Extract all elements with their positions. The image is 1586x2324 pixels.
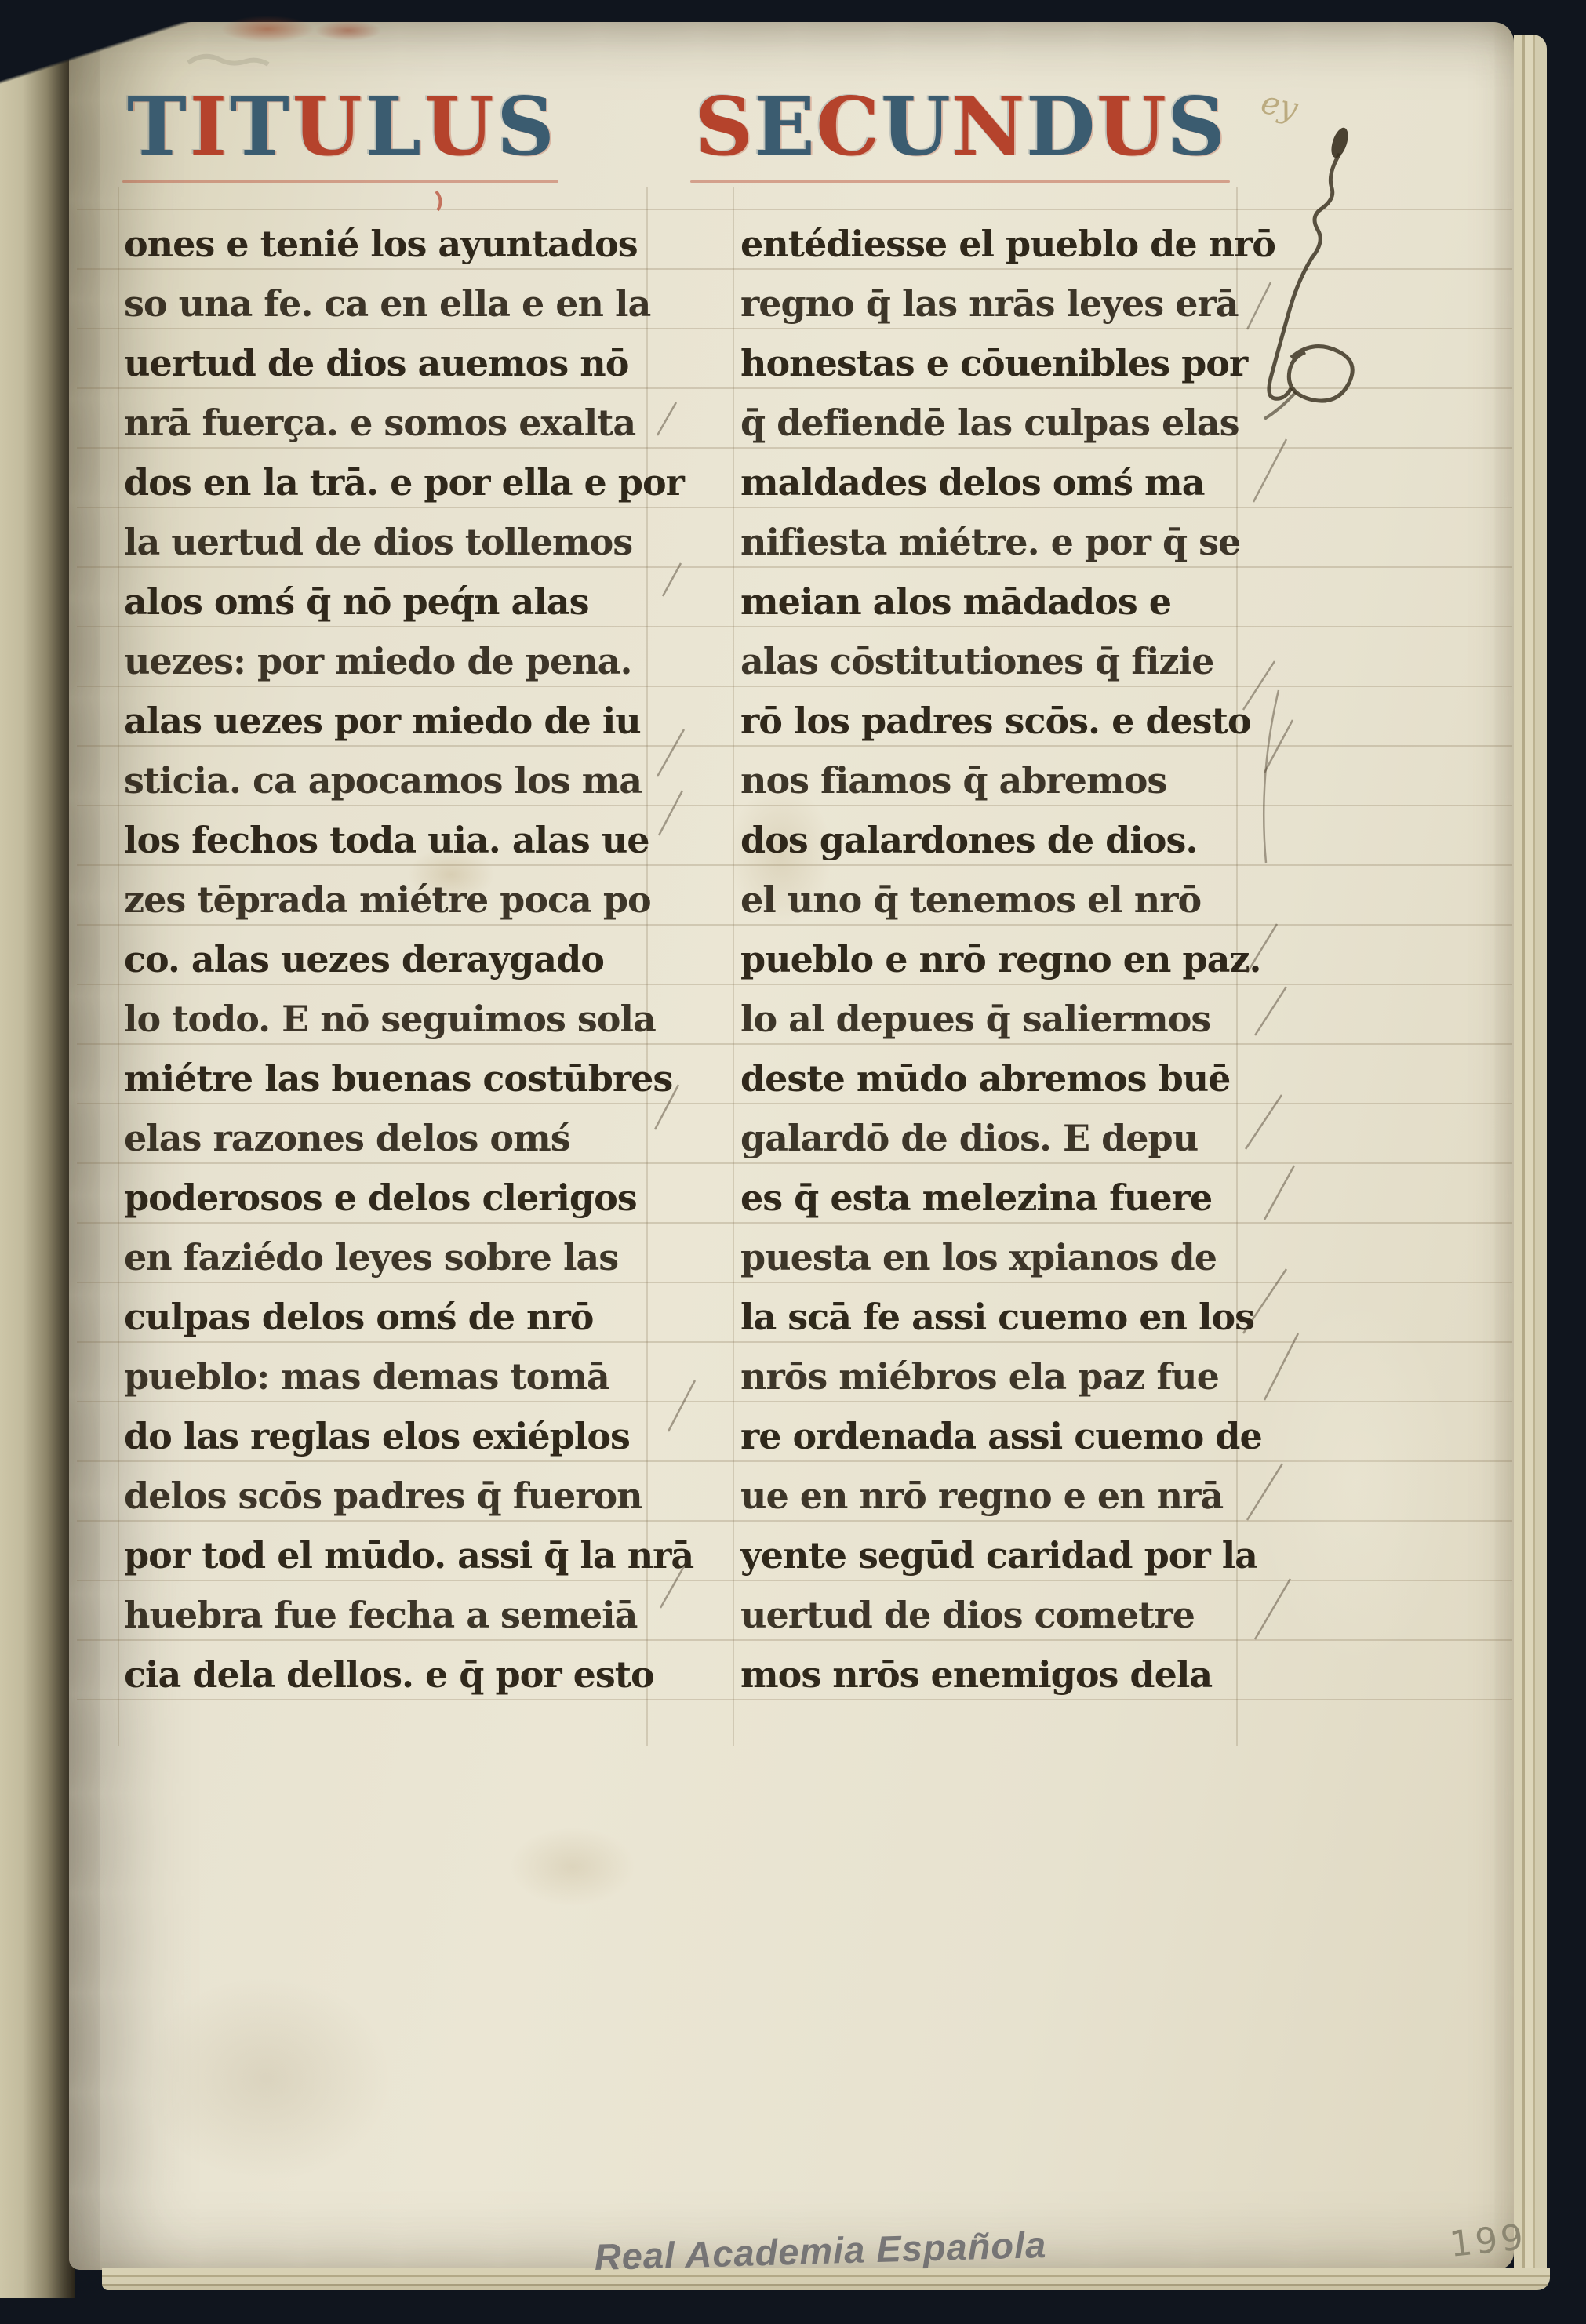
title-letter: U: [1097, 83, 1166, 171]
title-letter: S: [497, 83, 555, 171]
manuscript-line: miétre las buenas costūbres: [124, 1051, 651, 1111]
manuscript-line: honestas e cōuenibles por: [740, 336, 1258, 395]
manuscript-line: uertud de dios auemos nō: [124, 336, 651, 395]
manuscript-line: uertud de dios cometre: [740, 1588, 1258, 1647]
manuscript-line: alos omś q̄ nō peq́n alas: [124, 574, 651, 634]
manuscript-line: mos nrōs enemigos dela: [740, 1647, 1258, 1707]
manuscript-line: re ordenada assi cuemo de: [740, 1409, 1258, 1468]
quire-mark: ey: [1258, 85, 1301, 128]
manuscript-line: regno q̄ las nrās leyes erā: [740, 276, 1258, 336]
manuscript-photo: { "page": { "colors": { "title_red": "#b…: [0, 0, 1586, 2324]
manuscript-line: dos galardones de dios.: [740, 813, 1258, 872]
manuscript-line: puesta en los xpianos de: [740, 1230, 1258, 1289]
text-column-left: ones e tenié los ayuntadosso una fe. ca …: [124, 216, 651, 1707]
title-letter: E: [754, 83, 815, 171]
manuscript-line: nrā fuerça. e somos exalta: [124, 395, 651, 455]
manuscript-line: sticia. ca apocamos los ma: [124, 753, 651, 813]
manuscript-line: la scā fe assi cuemo en los: [740, 1289, 1258, 1349]
manuscript-line: lo todo. E nō seguimos sola: [124, 991, 651, 1051]
title-penwork-underline: [122, 180, 558, 183]
ruling-line-vertical: [733, 187, 734, 1746]
title-letter: T: [127, 83, 187, 171]
manuscript-line: ue en nrō regno e en nrā: [740, 1468, 1258, 1528]
title-letter: S: [1167, 83, 1225, 171]
manuscript-line: la uertud de dios tollemos: [124, 515, 651, 574]
manuscript-line: elas razones delos omś: [124, 1111, 651, 1170]
manuscript-line: q̄ defiendē las culpas elas: [740, 395, 1258, 455]
manuscript-line: deste mūdo abremos buē: [740, 1051, 1258, 1111]
manuscript-line: do las reglas elos exiéplos: [124, 1409, 651, 1468]
manuscript-line: zes tēprada miétre poca po: [124, 872, 651, 932]
manuscript-line: nos fiamos q̄ abremos: [740, 753, 1258, 813]
manuscript-line: pueblo: mas demas tomā: [124, 1349, 651, 1409]
manuscript-line: en faziédo leyes sobre las: [124, 1230, 651, 1289]
text-column-right: entédiesse el pueblo de nrōregno q̄ las …: [740, 216, 1258, 1707]
manuscript-line: galardō de dios. E depu: [740, 1111, 1258, 1170]
manuscript-line: nrōs miébros ela paz fue: [740, 1349, 1258, 1409]
title-letter: C: [816, 83, 879, 171]
manuscript-line: lo al depues q̄ saliermos: [740, 991, 1258, 1051]
title-letter: D: [1026, 83, 1095, 171]
manuscript-line: rō los padres scōs. e desto: [740, 693, 1258, 753]
manuscript-line: huebra fue fecha a semeiā: [124, 1588, 651, 1647]
folio-number: 199: [1447, 2216, 1528, 2265]
manuscript-line: meian alos mādados e: [740, 574, 1258, 634]
title-letter: I: [190, 83, 227, 171]
title-letter: U: [424, 83, 494, 171]
title-word-titulus: TITULUS: [127, 83, 555, 182]
manuscript-line: pueblo e nrō regno en paz.: [740, 932, 1258, 991]
manuscript-line: so una fe. ca en ella e en la: [124, 276, 651, 336]
manuscript-line: alas cōstitutiones q̄ fizie: [740, 634, 1258, 693]
manuscript-line: culpas delos omś de nrō: [124, 1289, 651, 1349]
manuscript-line: poderosos e delos clerigos: [124, 1170, 651, 1230]
page-stack-edge-right: [1514, 35, 1547, 2279]
manuscript-line: maldades delos omś ma: [740, 455, 1258, 515]
manuscript-line: co. alas uezes deraygado: [124, 932, 651, 991]
manuscript-line: alas uezes por miedo de iu: [124, 693, 651, 753]
manuscript-line: el uno q̄ tenemos el nrō: [740, 872, 1258, 932]
title-letter: U: [293, 83, 362, 171]
title-word-secundus: SECUNDUS: [695, 83, 1225, 182]
ruling-line-vertical: [118, 187, 119, 1746]
manuscript-line: yente segūd caridad por la: [740, 1528, 1258, 1588]
manuscript-line: ones e tenié los ayuntados: [124, 216, 651, 276]
title-letter: L: [365, 83, 421, 171]
title-letter: S: [695, 83, 753, 171]
manuscript-line: uezes: por miedo de pena.: [124, 634, 651, 693]
manuscript-line: por tod el mūdo. assi q̄ la nrā: [124, 1528, 651, 1588]
manuscript-line: nifiesta miétre. e por q̄ se: [740, 515, 1258, 574]
title-penwork-underline: [690, 180, 1230, 183]
manuscript-line: es q̄ esta melezina fuere: [740, 1170, 1258, 1230]
manuscript-line: dos en la trā. e por ella e por: [124, 455, 651, 515]
manuscript-line: los fechos toda uia. alas ue: [124, 813, 651, 872]
manuscript-line: delos scōs padres q̄ fueron: [124, 1468, 651, 1528]
manuscript-line: entédiesse el pueblo de nrō: [740, 216, 1258, 276]
facing-page-edge: [0, 27, 75, 2298]
manuscript-line: cia dela dellos. e q̄ por esto: [124, 1647, 651, 1707]
title-letter: N: [951, 83, 1024, 171]
title-letter: T: [230, 83, 289, 171]
title-letter: U: [881, 83, 951, 171]
